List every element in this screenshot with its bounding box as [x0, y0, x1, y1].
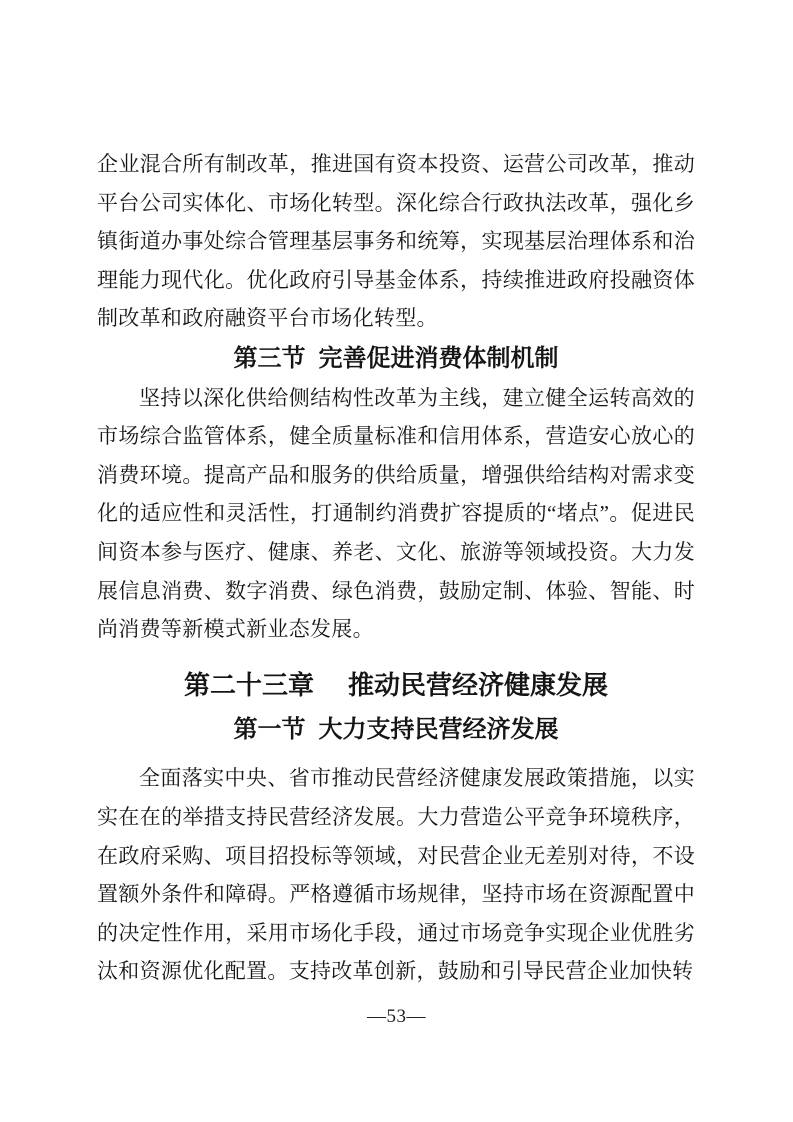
text-block: 企业混合所有制改革，推进国有资本投资、运营公司改革，推动平台公司实体化、市场化转…: [97, 145, 695, 991]
section-title: 完善促进消费体制机制: [319, 346, 559, 372]
chapter-number: 第二十三章: [184, 670, 314, 700]
chapter-title: 推动民营经济健康发展: [348, 670, 608, 700]
paragraph-private-economy: 全面落实中央、省市推动民营经济健康发展政策措施，以实实在在的举措支持民营经济发展…: [97, 759, 695, 991]
page-number: —53—: [0, 1006, 793, 1028]
section-heading-3: 第三节完善促进消费体制机制: [97, 340, 695, 379]
paragraph-consumption-system: 坚持以深化供给侧结构性改革为主线，建立健全运转高效的市场综合监管体系，健全质量标…: [97, 379, 695, 649]
section-title: 大力支持民营经济发展: [319, 717, 559, 743]
section-number: 第三节: [234, 346, 306, 372]
section-heading-1: 第一节大力支持民营经济发展: [97, 711, 695, 750]
paragraph-continued: 企业混合所有制改革，推进国有资本投资、运营公司改革，推动平台公司实体化、市场化转…: [97, 145, 695, 338]
document-page: 企业混合所有制改革，推进国有资本投资、运营公司改革，推动平台公司实体化、市场化转…: [0, 0, 793, 1122]
chapter-heading-23: 第二十三章推动民营经济健康发展: [97, 665, 695, 705]
section-number: 第一节: [234, 717, 306, 743]
